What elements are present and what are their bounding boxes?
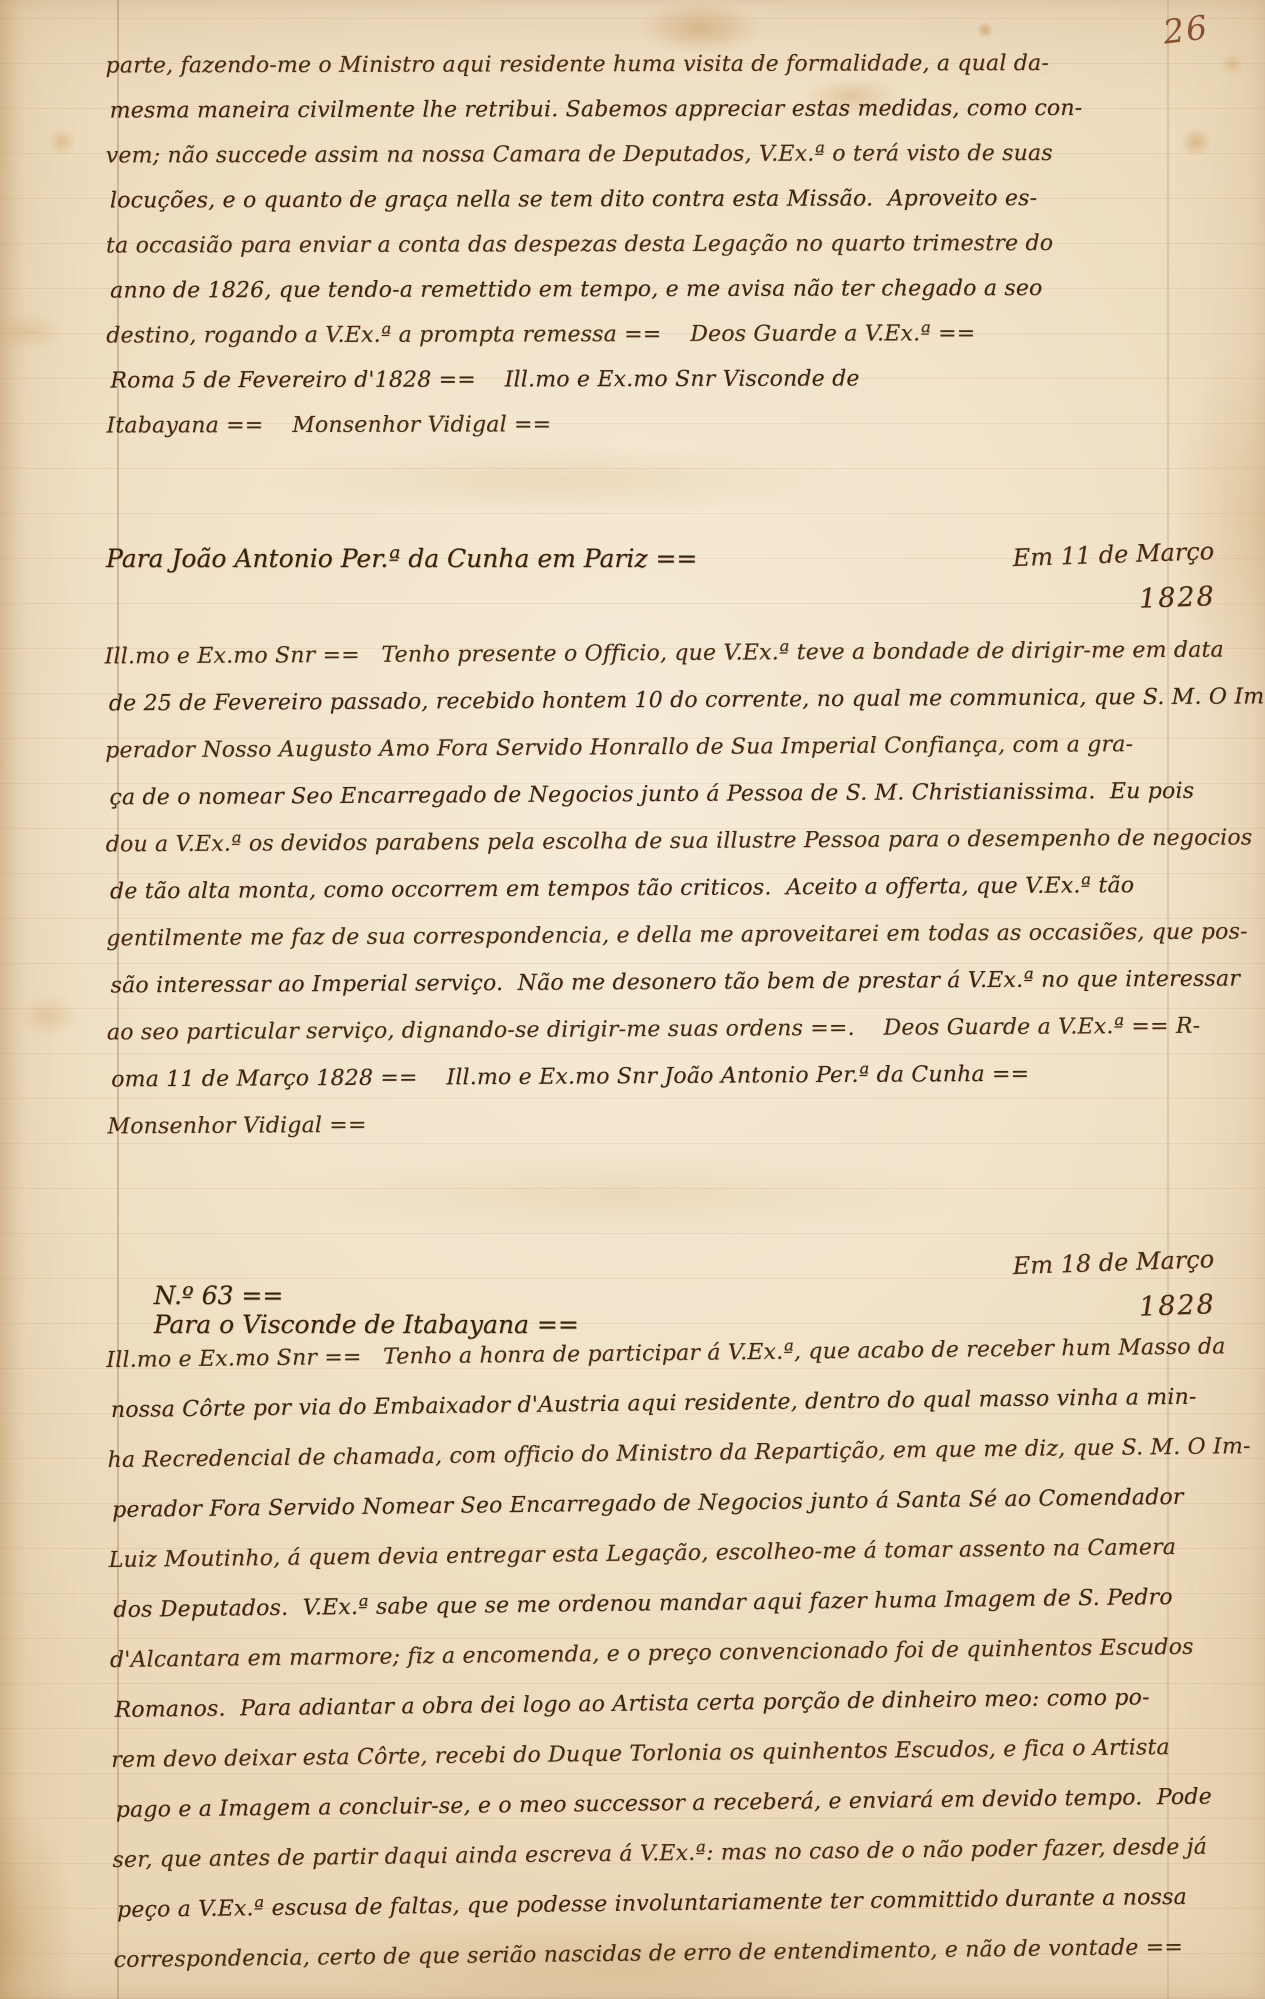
manuscript-line: mesma maneira civilmente lhe retribui. S… bbox=[110, 86, 1217, 134]
letter-cunha-date-line: Em 11 de Março bbox=[1012, 537, 1214, 572]
manuscript-line: anno de 1826, que tendo-a remettido em t… bbox=[110, 266, 1217, 314]
letter-cunha-heading-row: Para João Antonio Per.ª da Cunha em Pari… bbox=[106, 534, 1217, 634]
manuscript-line: ao seo particular serviço, dignando-se d… bbox=[107, 1003, 1218, 1057]
manuscript-line: perador Nosso Augusto Amo Fora Servido H… bbox=[105, 721, 1216, 775]
manuscript-line: locuções, e o quanto de graça nella se t… bbox=[110, 176, 1217, 224]
manuscript-line: gentilmente me faz de sua correspondenci… bbox=[106, 909, 1217, 963]
manuscript-line: ça de o nomear Seo Encarregado de Negoci… bbox=[109, 768, 1216, 822]
manuscript-line: parte, fazendo-me o Ministro aqui reside… bbox=[105, 41, 1216, 89]
letter-cunha-body: Ill.mo e Ex.mo Snr == Tenho presente o O… bbox=[104, 627, 1218, 1151]
manuscript-line: Monsenhor Vidigal == bbox=[107, 1097, 1218, 1151]
manuscript-line: Roma 5 de Fevereiro d'1828 == Ill.mo e E… bbox=[110, 356, 1217, 404]
manuscript-line: destino, rogando a V.Ex.ª a prompta reme… bbox=[106, 311, 1217, 359]
letter-itabayana-date-line: Em 18 de Março bbox=[1012, 1245, 1214, 1280]
manuscript-line: dou a V.Ex.ª os devidos parabens pela es… bbox=[106, 815, 1217, 869]
manuscript-line: são interessar ao Imperial serviço. Não … bbox=[110, 956, 1217, 1010]
manuscript-page: 26 parte, fazendo-me o Ministro aqui res… bbox=[0, 0, 1265, 1999]
letter-number: N.º 63 == bbox=[154, 1281, 284, 1310]
letter-itabayana-body: Ill.mo e Ex.mo Snr == Tenho a honra de p… bbox=[106, 1322, 1225, 1986]
letter-cunha-date: Em 11 de Março 1828 bbox=[873, 528, 1216, 632]
manuscript-line: ta occasião para enviar a conta das desp… bbox=[106, 221, 1217, 269]
manuscript-line: vem; não succede assim na nossa Camara d… bbox=[106, 131, 1217, 179]
manuscript-line: de tão alta monta, como occorrem em temp… bbox=[110, 862, 1217, 916]
manuscript-line: Itabayana == Monsenhor Vidigal == bbox=[106, 401, 1217, 449]
manuscript-line: Ill.mo e Ex.mo Snr == Tenho presente o O… bbox=[104, 627, 1215, 681]
letter-continuation-body: parte, fazendo-me o Ministro aqui reside… bbox=[105, 41, 1217, 449]
letter-cunha-date-year: 1828 bbox=[875, 574, 1216, 632]
manuscript-line: de 25 de Fevereiro passado, recebido hon… bbox=[109, 674, 1216, 728]
letter-cunha-heading: Para João Antonio Per.ª da Cunha em Pari… bbox=[106, 544, 697, 573]
manuscript-line: oma 11 de Março 1828 == Ill.mo e Ex.mo S… bbox=[111, 1050, 1218, 1104]
